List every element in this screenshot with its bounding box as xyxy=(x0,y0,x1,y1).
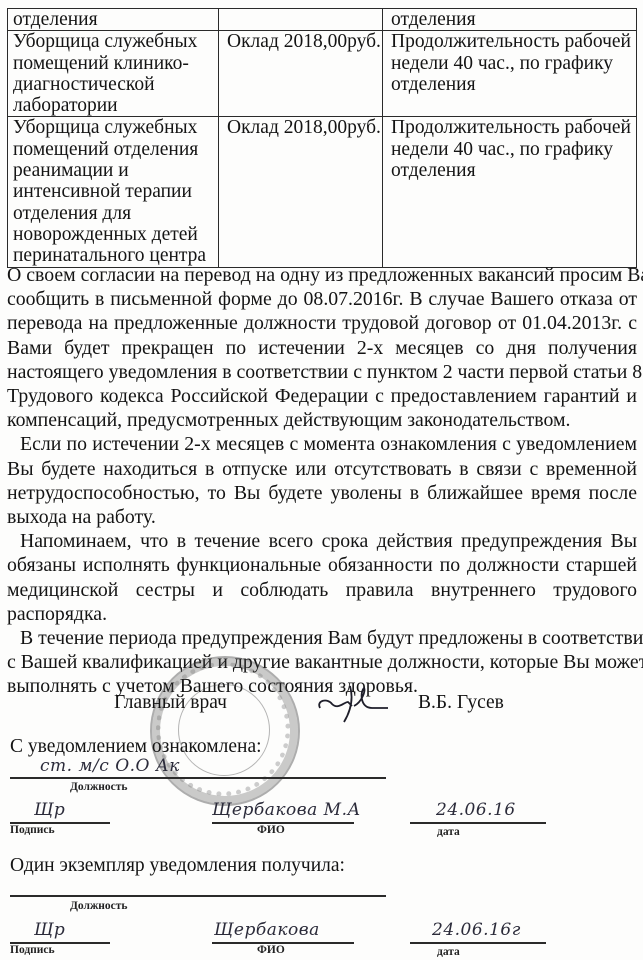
table-row: Уборщица служебных помещений отделения р… xyxy=(8,117,637,267)
paragraph-absence: Если по истечении 2-х месяцев с момента … xyxy=(7,432,637,529)
position-label: Должность xyxy=(70,781,128,793)
text-line: обязаны исполнять функциональные обязанн… xyxy=(7,553,637,577)
date-label: дата xyxy=(437,826,460,838)
position-cell: Уборщица служебных помещений отделения р… xyxy=(8,117,219,267)
cell-text: интенсивной терапии xyxy=(13,181,218,202)
salary-cell: Оклад 2018,00руб. xyxy=(219,31,383,117)
cell-text: отделения xyxy=(391,9,636,30)
cell-text: Уборщица служебных xyxy=(13,117,218,138)
text-line: выхода на работу. xyxy=(7,505,637,529)
fio-label: ФИО xyxy=(257,824,285,836)
date-handwritten: 24.06.16г xyxy=(432,920,521,940)
paragraph-duties: Напоминаем, что в течение всего срока де… xyxy=(7,529,637,626)
cell-text: реанимации и xyxy=(13,160,218,181)
date-handwritten: 24.06.16 xyxy=(436,800,516,820)
signature-handwritten: Щр xyxy=(34,920,65,940)
date-line xyxy=(410,822,546,824)
cell-text: лаборатории xyxy=(13,95,218,116)
text-line: компенсаций, предусмотренных действующим… xyxy=(7,408,637,432)
date-label: дата xyxy=(437,946,460,958)
conditions-cell: Продолжительность рабочей недели 40 час.… xyxy=(383,117,637,267)
signature-label: Подпись xyxy=(10,944,55,956)
text-line: Если по истечении 2-х месяцев с момента … xyxy=(7,432,637,456)
position-label: Должность xyxy=(70,900,128,912)
official-stamp xyxy=(150,656,300,806)
cell-text: отделения xyxy=(391,160,636,181)
cell-text: помещений отделения xyxy=(13,139,218,160)
cell-text: Продолжительность рабочей xyxy=(391,117,636,138)
position-line xyxy=(10,777,386,779)
text-line: медицинской сестры и соблюдать правила в… xyxy=(7,578,637,602)
text-line: Вы будете находиться в отпуске или отсут… xyxy=(7,457,637,481)
text-line: Трудового кодекса Российской Федерации с… xyxy=(7,384,637,408)
cell-text: недели 40 час., по графику xyxy=(391,53,636,74)
notice-body: О своем согласии на перевод на одну из п… xyxy=(7,263,637,699)
text-line: перевода на предложенные должности трудо… xyxy=(7,311,637,335)
table-row: Уборщица служебных помещений клинико- ди… xyxy=(8,31,637,117)
signature-handwritten: Щр xyxy=(34,800,65,820)
text-line: распорядка. xyxy=(7,602,637,626)
conditions-cell: Продолжительность рабочей недели 40 час.… xyxy=(383,31,637,117)
signatory-title: Главный врач xyxy=(114,692,227,714)
salary-cell xyxy=(219,9,383,31)
text-line: с Вашей квалификацией и другие вакантные… xyxy=(7,650,637,674)
cell-text: Оклад 2018,00руб. xyxy=(227,31,382,52)
position-handwritten: ст. м/с О.О Ак xyxy=(40,756,180,776)
cell-text: Уборщица служебных xyxy=(13,31,218,52)
chief-signature-icon xyxy=(310,680,390,725)
salary-cell: Оклад 2018,00руб. xyxy=(219,117,383,267)
acknowledgement-heading: С уведомлением ознакомлена: xyxy=(10,736,262,758)
fio-handwritten: Щербакова М.А xyxy=(212,800,361,820)
table-row: отделения отделения xyxy=(8,9,637,31)
position-line xyxy=(10,895,386,897)
cell-text: недели 40 час., по графику xyxy=(391,139,636,160)
text-line: О своем согласии на перевод на одну из п… xyxy=(7,263,637,287)
signatory-name: В.Б. Гусев xyxy=(418,692,504,714)
text-line: нетрудоспособностью, то Вы будете уволен… xyxy=(7,481,637,505)
receipt-heading: Один экземпляр уведомления получила: xyxy=(10,855,345,877)
cell-text: отделения xyxy=(13,9,218,30)
cell-text: диагностической xyxy=(13,74,218,95)
position-cell: Уборщица служебных помещений клинико- ди… xyxy=(8,31,219,117)
cell-text: Продолжительность рабочей xyxy=(391,31,636,52)
fio-label: ФИО xyxy=(257,944,285,956)
cell-text: новорожденных детей xyxy=(13,224,218,245)
cell-text: отделения для xyxy=(13,203,218,224)
date-line xyxy=(410,942,546,944)
vacancies-table: отделения отделения Уборщица служебных п… xyxy=(7,8,637,268)
text-line: Напоминаем, что в течение всего срока де… xyxy=(7,529,637,553)
cell-text: Оклад 2018,00руб. xyxy=(227,117,382,138)
conditions-cell: отделения xyxy=(383,9,637,31)
text-line: сообщить в письменной форме до 08.07.201… xyxy=(7,287,637,311)
text-line: настоящего уведомления в соответствии с … xyxy=(7,360,637,384)
position-cell: отделения xyxy=(8,9,219,31)
cell-text: помещений клинико- xyxy=(13,53,218,74)
text-line: Вами будет прекращен по истечении 2-х ме… xyxy=(7,336,637,360)
cell-text: отделения xyxy=(391,74,636,95)
text-line: В течение периода предупреждения Вам буд… xyxy=(7,626,637,650)
paragraph-consent: О своем согласии на перевод на одну из п… xyxy=(7,263,637,432)
signature-label: Подпись xyxy=(10,824,55,836)
fio-handwritten: Щербакова xyxy=(214,920,320,940)
